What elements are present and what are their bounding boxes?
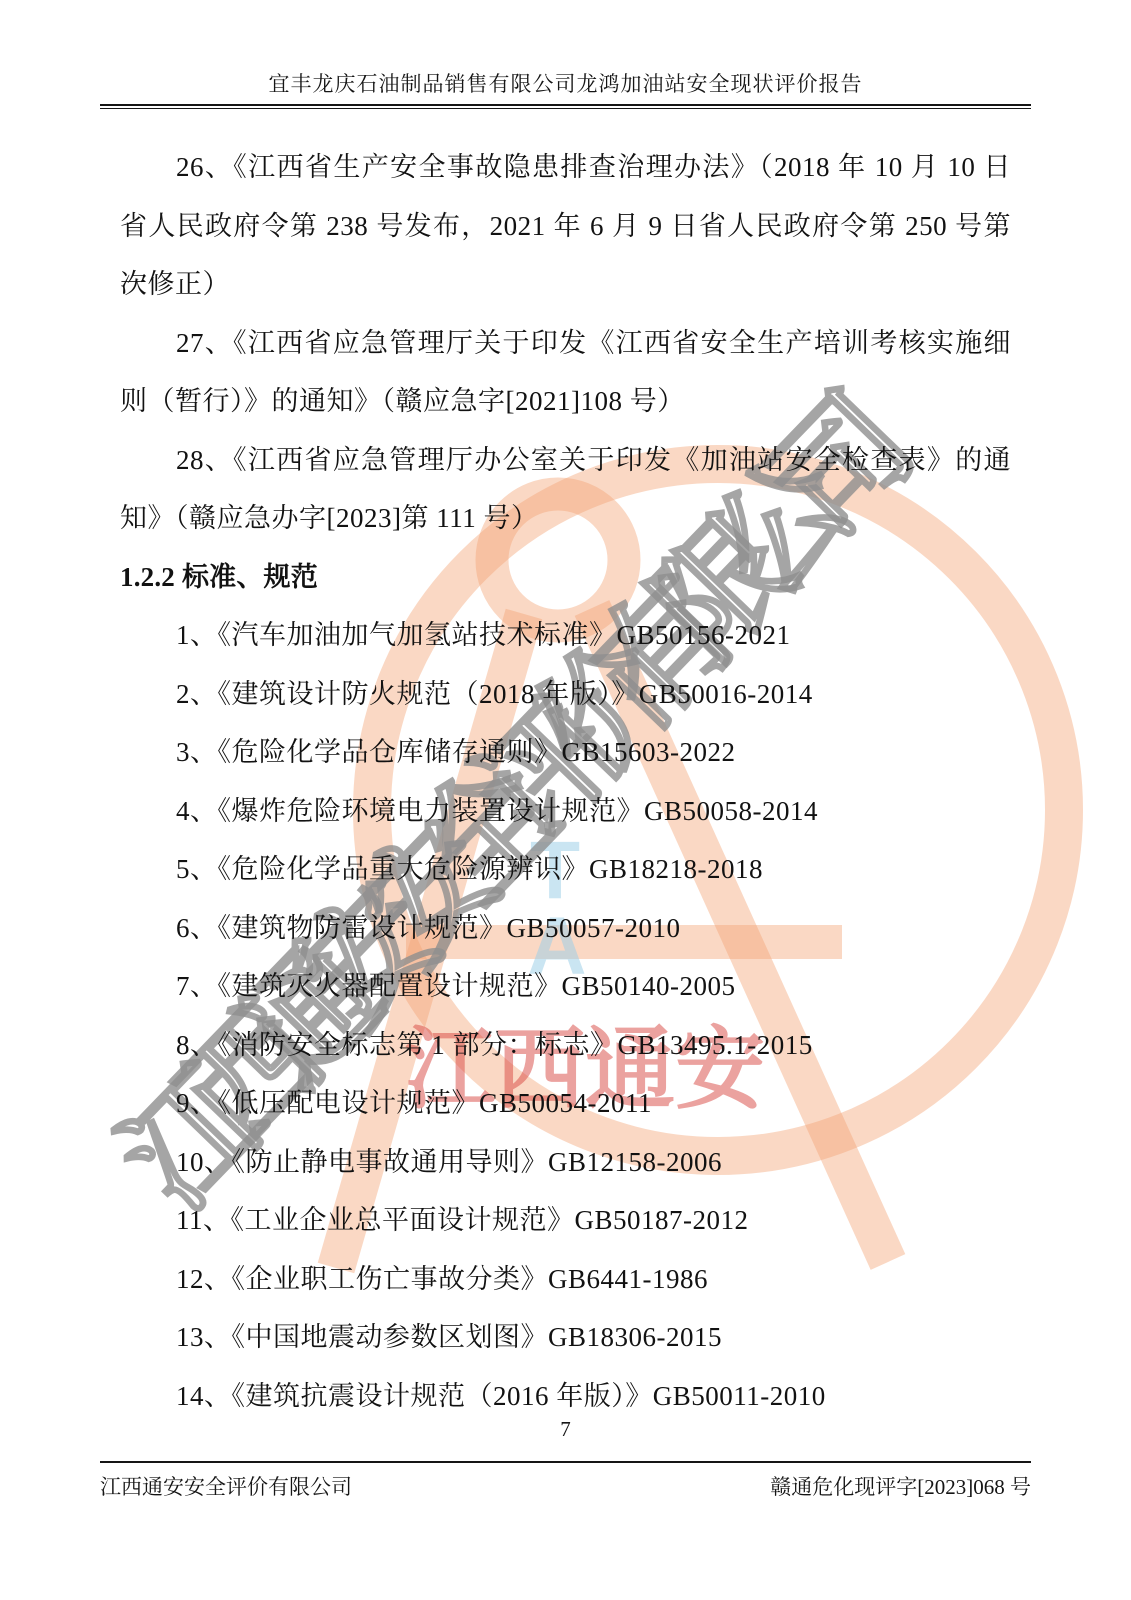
text-line: 知》（赣应急办字[2023]第 111 号） — [120, 489, 1011, 548]
document-page: T A 江西通安安全评价有限公司 江西通安 宜丰龙庆石油制品销售有限公司龙鸿加油… — [0, 0, 1131, 1600]
content: 26、《江西省生产安全事故隐患排查治理办法》（2018 年 10 月 10 日省… — [120, 138, 1011, 1425]
text-line: 次修正） — [120, 255, 1011, 314]
header-divider — [100, 104, 1031, 109]
footer-divider — [100, 1461, 1031, 1463]
text-line: 28、《江西省应急管理厅办公室关于印发《加油站安全检查表》的通 — [120, 431, 1011, 490]
text-line: 13、《中国地震动参数区划图》GB18306-2015 — [120, 1308, 1011, 1367]
footer-company-name: 江西通安安全评价有限公司 — [100, 1470, 352, 1504]
text-line: 2、《建筑设计防火规范（2018 年版）》GB50016-2014 — [120, 665, 1011, 724]
text-line: 6、《建筑物防雷设计规范》GB50057-2010 — [120, 899, 1011, 958]
text-line: 4、《爆炸危险环境电力装置设计规范》GB50058-2014 — [120, 782, 1011, 841]
text-line: 26、《江西省生产安全事故隐患排查治理办法》（2018 年 10 月 10 日 — [120, 138, 1011, 197]
text-line: 1、《汽车加油加气加氢站技术标准》GB50156-2021 — [120, 606, 1011, 665]
footer-doc-number: 赣通危化现评字[2023]068 号 — [770, 1470, 1031, 1504]
report-header-title: 宜丰龙庆石油制品销售有限公司龙鸿加油站安全现状评价报告 — [0, 70, 1131, 98]
text-line: 1.2.2 标准、规范 — [120, 548, 1011, 607]
text-line: 则（暂行）》的通知》（赣应急字[2021]108 号） — [120, 372, 1011, 431]
text-line: 12、《企业职工伤亡事故分类》GB6441-1986 — [120, 1250, 1011, 1309]
text-line: 5、《危险化学品重大危险源辨识》GB18218-2018 — [120, 840, 1011, 899]
text-line: 27、《江西省应急管理厅关于印发《江西省安全生产培训考核实施细 — [120, 314, 1011, 373]
page-number: 7 — [0, 1414, 1131, 1444]
text-line: 8、《消防安全标志第 1 部分：标志》GB13495.1-2015 — [120, 1016, 1011, 1075]
text-line: 3、《危险化学品仓库储存通则》GB15603-2022 — [120, 723, 1011, 782]
text-line: 10、《防止静电事故通用导则》GB12158-2006 — [120, 1133, 1011, 1192]
text-line: 11、《工业企业总平面设计规范》GB50187-2012 — [120, 1191, 1011, 1250]
text-line: 9、《低压配电设计规范》GB50054-2011 — [120, 1074, 1011, 1133]
text-line: 7、《建筑灭火器配置设计规范》GB50140-2005 — [120, 957, 1011, 1016]
footer: 江西通安安全评价有限公司 赣通危化现评字[2023]068 号 — [100, 1470, 1031, 1504]
text-line: 省人民政府令第 238 号发布，2021 年 6 月 9 日省人民政府令第 25… — [120, 197, 1011, 256]
